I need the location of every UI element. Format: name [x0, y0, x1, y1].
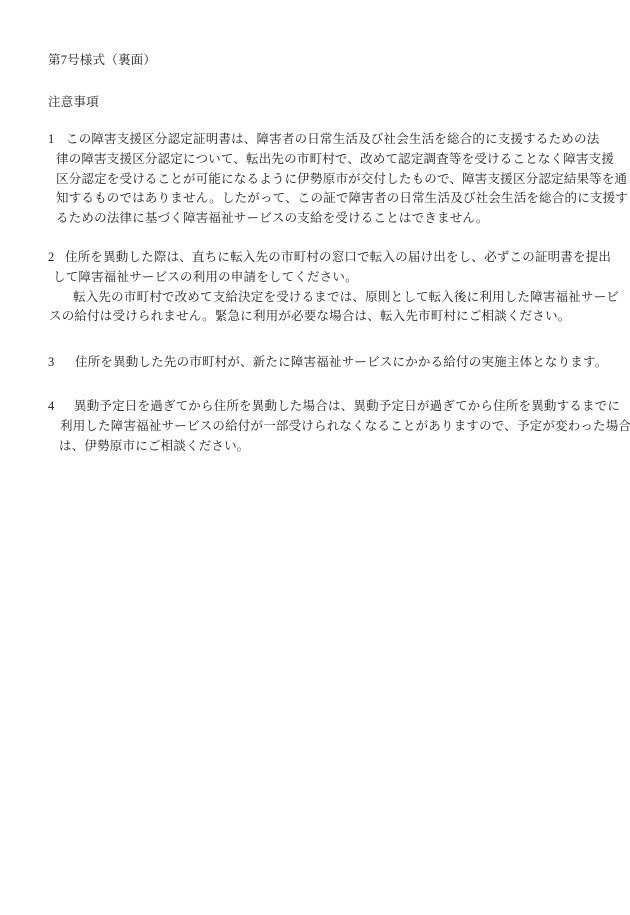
note-item-number: 3 — [48, 353, 54, 373]
note-item-line: 住所を異動した際は、直ちに転入先の市町村の窓口で転入の届け出をし、必ずこの証明書… — [0, 248, 630, 268]
form-number-title: 第7号様式（裏面） — [48, 51, 156, 71]
note-item-line: 異動予定日を過ぎてから住所を異動した場合は、異動予定日が過ぎてから住所を異動する… — [0, 397, 630, 417]
note-item-number: 4 — [48, 397, 54, 417]
note-item-line: して障害福祉サービスの利用の申請をしてください。 — [0, 268, 630, 288]
note-item-line: スの給付は受けられません。緊急に利用が必要な場合は、転入先市町村にご相談ください… — [0, 307, 630, 327]
note-item-number: 2 — [48, 248, 54, 268]
note-item-line: 住所を異動した先の市町村が、新たに障害福祉サービスにかかる給付の実施主体となりま… — [0, 353, 630, 373]
notes-heading: 注意事項 — [48, 93, 99, 113]
note-item-line: 利用した障害福祉サービスの給付が一部受けられなくなることがありますので、予定が変… — [0, 417, 630, 437]
note-item-4: 4異動予定日を過ぎてから住所を異動した場合は、異動予定日が過ぎてから住所を異動す… — [0, 397, 630, 456]
note-item-line: 区分認定を受けることが可能になるように伊勢原市が交付したもので、障害支援区分認定… — [0, 170, 630, 190]
note-item-line: 律の障害支援区分認定について、転出先の市町村で、改めて認定調査等を受けることなく… — [0, 150, 630, 170]
note-item-line: 転入先の市町村で改めて支給決定を受けるまでは、原則として転入後に利用した障害福祉… — [0, 288, 630, 308]
note-item-number: 1 — [48, 130, 54, 150]
document-page: 第7号様式（裏面） 注意事項 1この障害支援区分認定証明書は、障害者の日常生活及… — [0, 0, 630, 915]
note-item-line: は、伊勢原市にご相談ください。 — [0, 437, 630, 457]
note-item-3: 3住所を異動した先の市町村が、新たに障害福祉サービスにかかる給付の実施主体となり… — [0, 353, 630, 373]
note-item-2: 2住所を異動した際は、直ちに転入先の市町村の窓口で転入の届け出をし、必ずこの証明… — [0, 248, 630, 327]
note-item-line: るための法律に基づく障害福祉サービスの支給を受けることはできません。 — [0, 209, 630, 229]
note-item-line: この障害支援区分認定証明書は、障害者の日常生活及び社会生活を総合的に支援するため… — [0, 130, 630, 150]
note-item-line: 知するものではありません。したがって、この証で障害者の日常生活及び社会生活を総合… — [0, 189, 630, 209]
note-item-1: 1この障害支援区分認定証明書は、障害者の日常生活及び社会生活を総合的に支援するた… — [0, 130, 630, 229]
